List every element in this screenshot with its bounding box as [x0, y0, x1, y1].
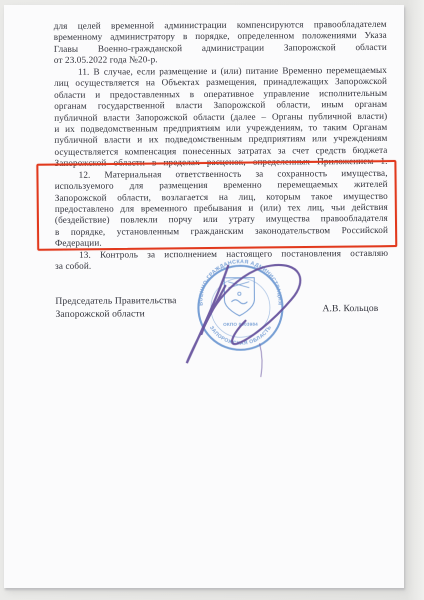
scanned-document-page: для целей временной администрации компен… [0, 0, 424, 600]
signer-position-line1: Председатель Правительства [55, 295, 176, 308]
highlight-annotation-box [36, 160, 397, 251]
signature-title: Председатель Правительства Запорожской о… [55, 295, 176, 321]
coat-of-arms-icon [224, 278, 254, 316]
stamp-and-signature: ВОЕННО-ГРАЖДАНСКАЯ АДМИНИСТРАЦИЯ ЗАПОРОЖ… [175, 249, 336, 382]
document-page: для целей временной администрации компен… [4, 5, 404, 588]
signer-position-line2: Запорожской области [55, 308, 176, 321]
official-stamp: ВОЕННО-ГРАЖДАНСКАЯ АДМИНИСТРАЦИЯ ЗАПОРОЖ… [198, 259, 283, 350]
document-content: для целей временной администрации компен… [3, 4, 407, 589]
